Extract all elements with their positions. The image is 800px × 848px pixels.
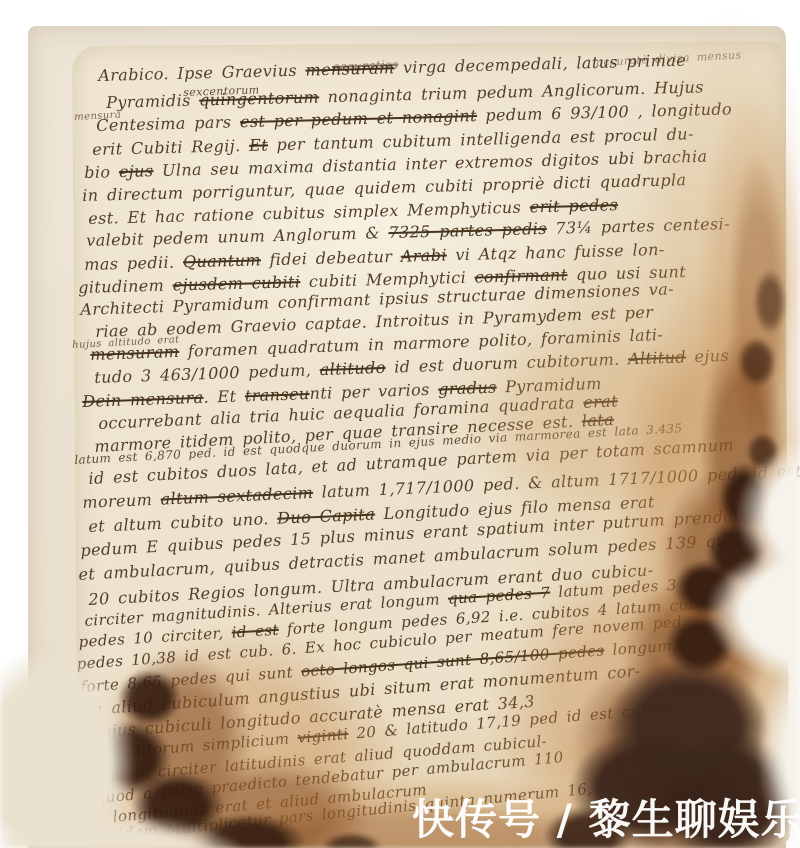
text-layer: accuratè divisa mensusaccuratissArabico.…: [0, 0, 800, 848]
struck-text: ejusdem cubiti: [172, 272, 300, 294]
handwritten-text: Arabico. Ipse Graevius: [98, 61, 306, 85]
struck-text: quingentorum: [199, 87, 319, 109]
watermark: 快传号 / 黎生聊娱乐: [412, 799, 800, 841]
handwritten-text: vi Atqz hanc fuisse lon-: [447, 240, 665, 265]
struck-text: altitudo: [319, 358, 386, 379]
struck-text: id est: [231, 621, 279, 642]
handwritten-text: moreum: [82, 490, 161, 512]
struck-text: Quantum: [183, 250, 261, 271]
struck-text: ejus: [119, 161, 154, 181]
handwritten-text: tudo 3 463/1000 pedum,: [94, 360, 320, 387]
handwritten-text: gitudinem: [78, 276, 173, 297]
struck-text: Dein mensura: [82, 388, 204, 411]
handwritten-text: fidei debeatur: [261, 247, 401, 270]
struck-text: erit pedes: [529, 195, 618, 216]
handwritten-text: . Et: [203, 386, 245, 406]
handwritten-text: ejus: [686, 346, 730, 366]
handwritten-text: Centesima pars: [96, 112, 240, 135]
struck-text: viginti: [297, 725, 349, 747]
handwritten-text: erit Cubiti Regij.: [92, 136, 249, 159]
struck-text: Et: [249, 135, 268, 154]
handwritten-text: longum,: [604, 636, 678, 659]
struck-text: Arabi: [401, 246, 448, 266]
handwritten-text: bio: [84, 162, 119, 182]
struck-text: erat: [583, 391, 618, 411]
struck-text: Altitud: [628, 347, 687, 368]
struck-text: transeu: [245, 384, 310, 405]
handwritten-text: pedum 6 93/100 , longitudo: [477, 99, 733, 125]
handwritten-text: mas pedii.: [84, 252, 183, 274]
struck-text: mensuram: [305, 58, 394, 79]
photo-of-manuscript: accuratè divisa mensusaccuratissArabico.…: [0, 0, 800, 848]
struck-text: 7325 partes pedis: [388, 219, 547, 242]
struck-text: Duo Capita: [277, 504, 376, 527]
handwritten-text: virga decempedali, latus primae: [394, 51, 686, 78]
struck-text: mensuram: [90, 342, 180, 364]
struck-text: gradus: [438, 378, 497, 399]
struck-text: est per pedum et nonagint: [240, 106, 477, 131]
handwritten-text: valebit pedem unum Anglorum &: [86, 223, 389, 250]
handwritten-text: 73¼ partes centesi-: [547, 214, 730, 238]
struck-text: altum sextadecim: [160, 483, 313, 509]
handwritten-text: id est duorum cubitorum.: [385, 349, 628, 376]
